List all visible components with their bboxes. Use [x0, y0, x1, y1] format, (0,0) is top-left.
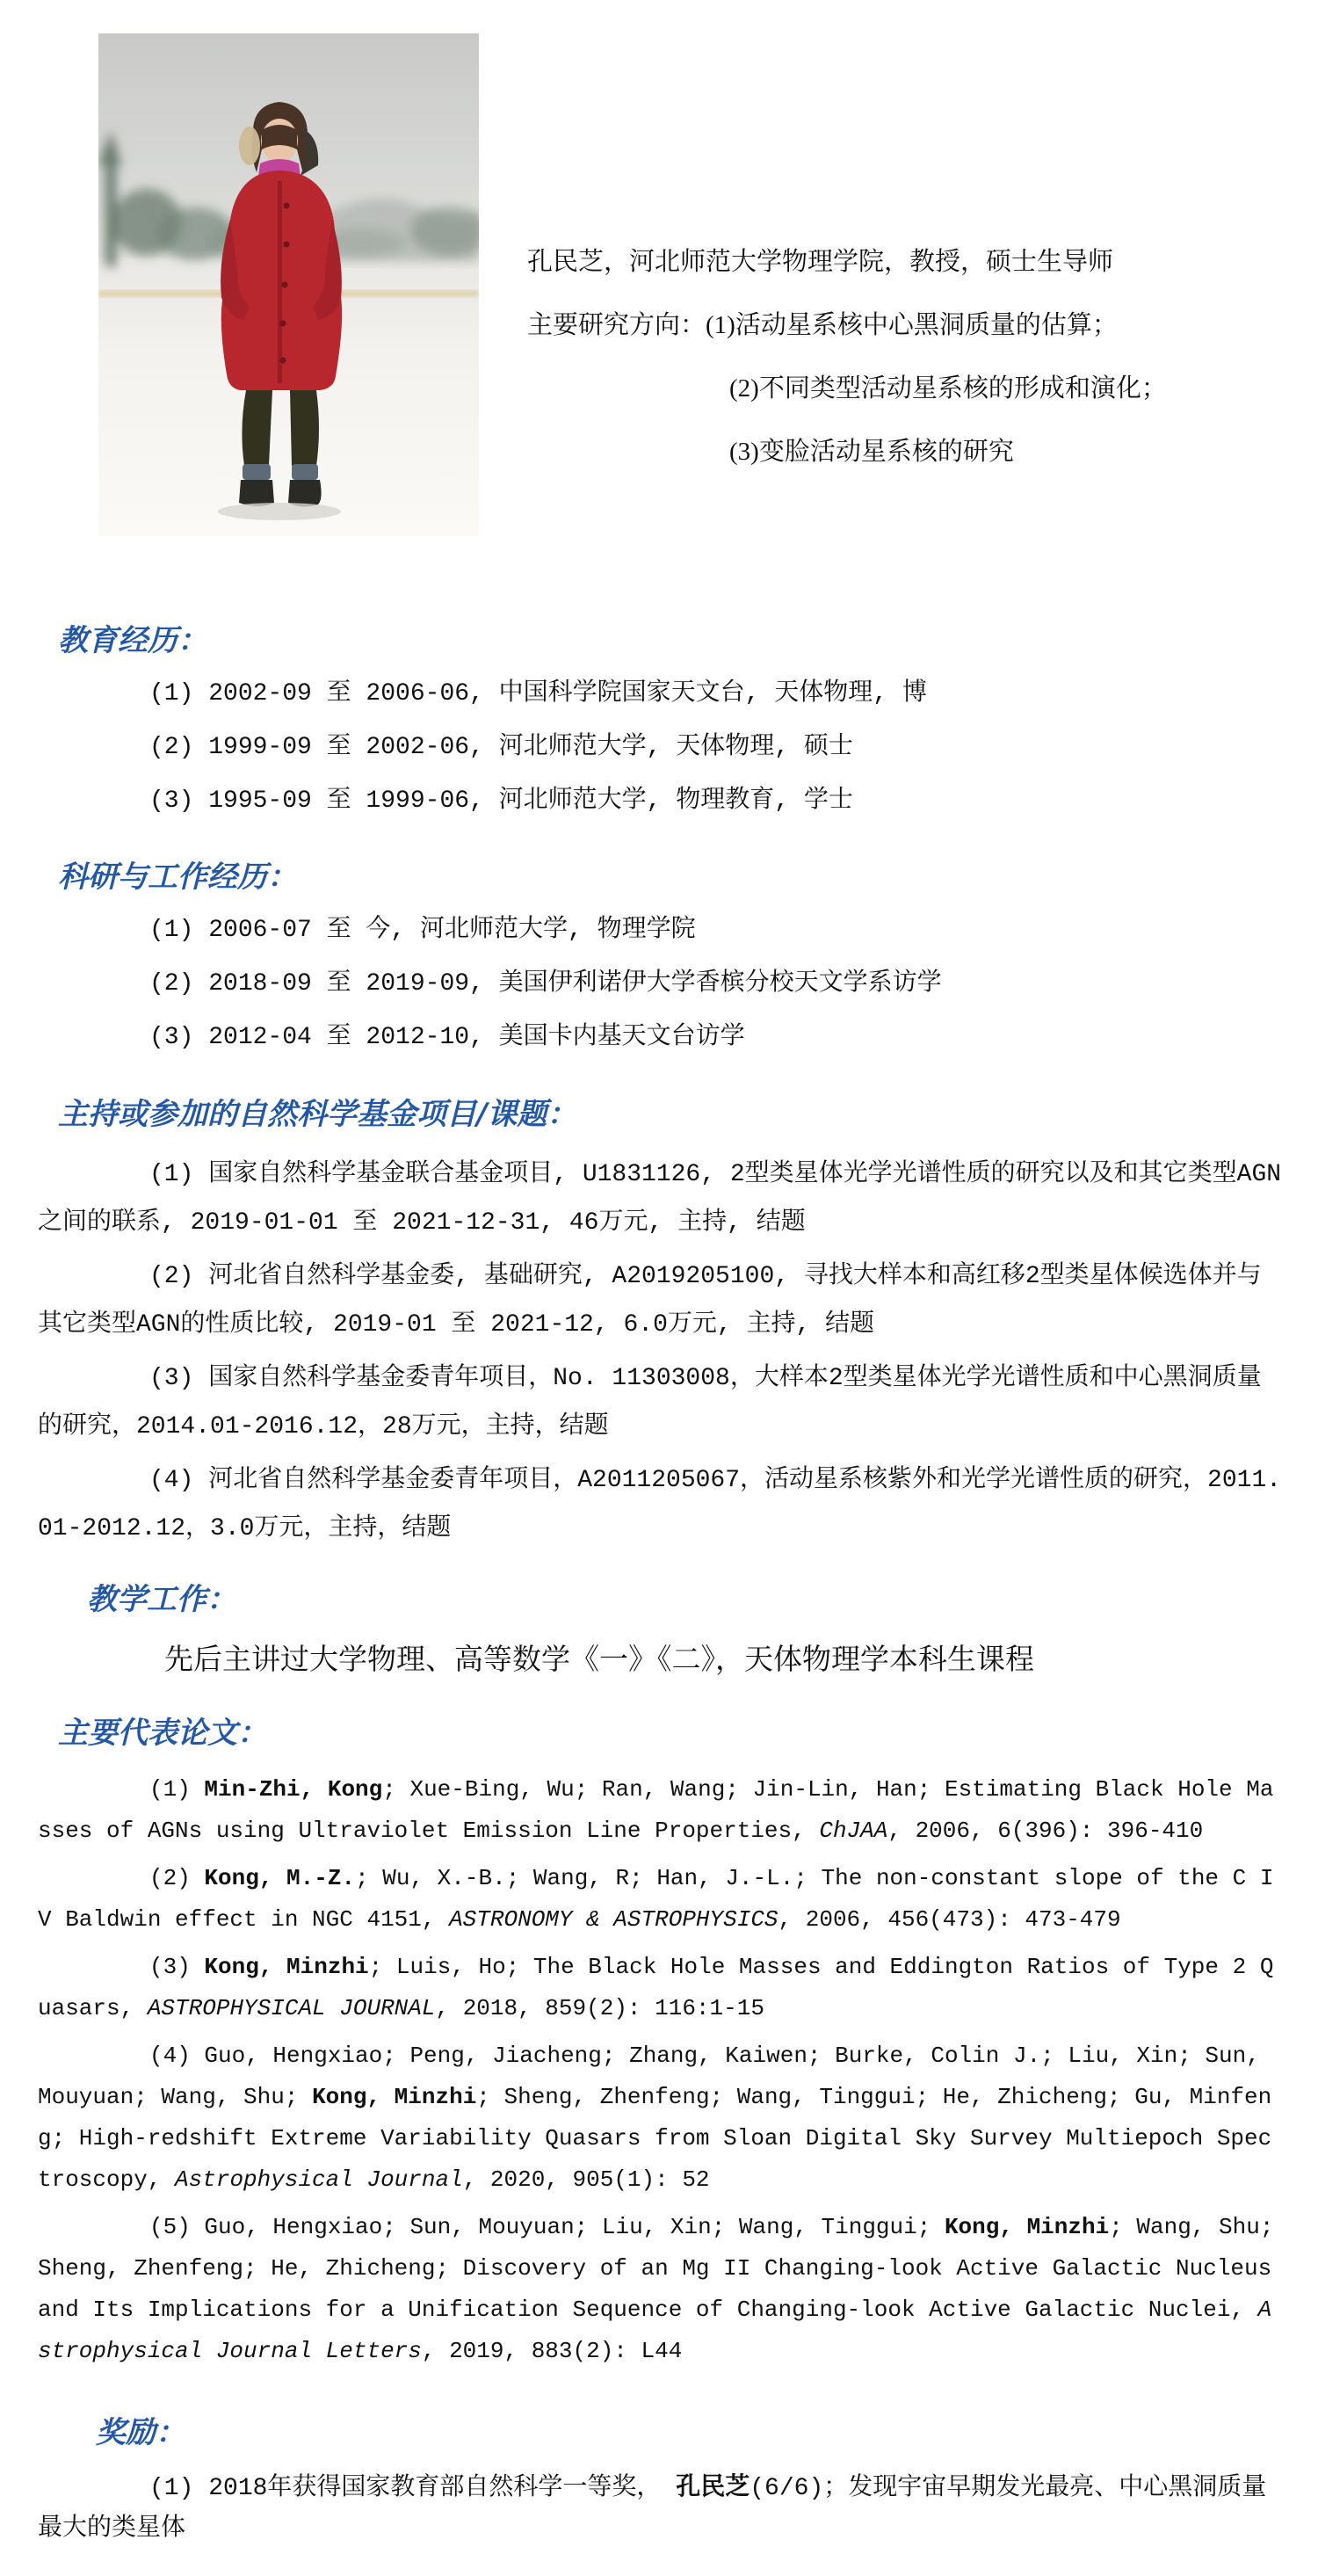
project-item: (4) 河北省自然科学基金委青年项目，A2011205067，活动星系核紫外和光…: [38, 1456, 1285, 1553]
publication-item: (2) Kong, M.-Z.; Wu, X.-B.; Wang, R; Han…: [38, 1858, 1285, 1941]
work-item: (1) 2006-07 至 今, 河北师范大学, 物理学院: [149, 918, 1285, 943]
section-heading-work: 科研与工作经历：: [58, 857, 1285, 897]
education-item: (3) 1995-09 至 1999-06, 河北师范大学, 物理教育, 学士: [149, 789, 1285, 814]
section-heading-publications: 主要代表论文：: [58, 1713, 1285, 1753]
award-item: (1) 2018年获得国家教育部自然科学一等奖， 孔民芝(6/6)；发现宇宙早期…: [38, 2469, 1285, 2550]
publication-item: (3) Kong, Minzhi; Luis, Ho; The Black Ho…: [38, 1947, 1285, 2029]
profile-header: 孔民芝，河北师范大学物理学院，教授，硕士生导师 主要研究方向：(1)活动星系核中…: [0, 0, 1318, 536]
project-item: (3) 国家自然科学基金委青年项目，No. 11303008，大样本2型类星体光…: [38, 1354, 1285, 1451]
awards-list: (1) 2018年获得国家教育部自然科学一等奖， 孔民芝(6/6)；发现宇宙早期…: [38, 2469, 1285, 2550]
profile-photo: [98, 33, 479, 536]
profile-intro: 孔民芝，河北师范大学物理学院，教授，硕士生导师 主要研究方向：(1)活动星系核中…: [527, 0, 1167, 483]
education-list: (1) 2002-09 至 2006-06, 中国科学院国家天文台, 天体物理,…: [38, 682, 1285, 814]
section-heading-teaching: 教学工作：: [87, 1579, 1285, 1620]
section-heading-education: 教育经历：: [58, 620, 1285, 661]
work-item: (2) 2018-09 至 2019-09, 美国伊利诺伊大学香槟分校天文学系访…: [149, 972, 1285, 997]
publications-list: (1) Min-Zhi, Kong; Xue-Bing, Wu; Ran, Wa…: [38, 1769, 1285, 2372]
intro-line-research-2: (2)不同类型活动星系核的形成和演化；: [527, 357, 1167, 420]
intro-line-research-1: 主要研究方向：(1)活动星系核中心黑洞质量的估算；: [527, 294, 1167, 357]
publication-item: (1) Min-Zhi, Kong; Xue-Bing, Wu; Ran, Wa…: [38, 1769, 1285, 1852]
publication-item: (5) Guo, Hengxiao; Sun, Mouyuan; Liu, Xi…: [38, 2207, 1285, 2372]
intro-line-research-3: (3)变脸活动星系核的研究: [527, 420, 1167, 483]
education-item: (1) 2002-09 至 2006-06, 中国科学院国家天文台, 天体物理,…: [149, 682, 1285, 707]
intro-line-name-title: 孔民芝，河北师范大学物理学院，教授，硕士生导师: [527, 230, 1167, 294]
project-item: (2) 河北省自然科学基金委, 基础研究, A2019205100, 寻找大样本…: [38, 1252, 1285, 1349]
publication-item: (4) Guo, Hengxiao; Peng, Jiacheng; Zhang…: [38, 2035, 1285, 2201]
teaching-text: 先后主讲过大学物理、高等数学《一》《二》，天体物理学本科生课程: [164, 1643, 1285, 1678]
section-heading-projects: 主持或参加的自然科学基金项目/课题：: [58, 1094, 1285, 1135]
section-heading-awards: 奖励：: [96, 2413, 1285, 2453]
profile-content: 教育经历： (1) 2002-09 至 2006-06, 中国科学院国家天文台,…: [0, 620, 1318, 2550]
education-item: (2) 1999-09 至 2002-06, 河北师范大学, 天体物理, 硕士: [149, 736, 1285, 760]
snow-portrait-illustration: [98, 33, 479, 536]
work-list: (1) 2006-07 至 今, 河北师范大学, 物理学院 (2) 2018-0…: [38, 918, 1285, 1050]
projects-list: (1) 国家自然科学基金联合基金项目, U1831126, 2型类星体光学光谱性…: [38, 1150, 1285, 1553]
project-item: (1) 国家自然科学基金联合基金项目, U1831126, 2型类星体光学光谱性…: [38, 1150, 1285, 1247]
faculty-profile-page: 孔民芝，河北师范大学物理学院，教授，硕士生导师 主要研究方向：(1)活动星系核中…: [0, 0, 1318, 2576]
work-item: (3) 2012-04 至 2012-10, 美国卡内基天文台访学: [149, 1026, 1285, 1050]
